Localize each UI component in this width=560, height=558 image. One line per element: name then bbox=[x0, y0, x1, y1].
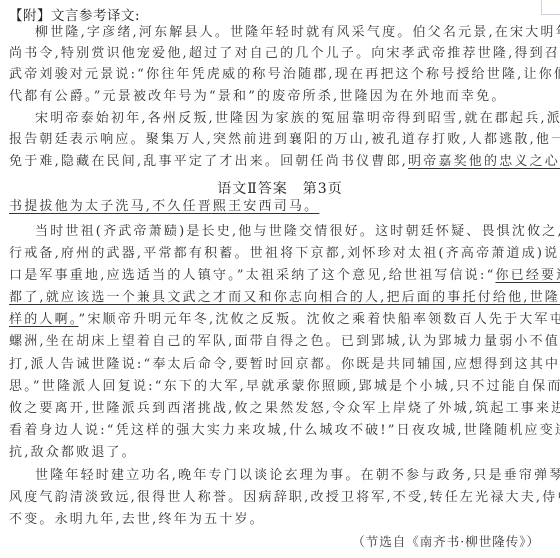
text-line: 打,派人告诫世隆说:“奉太后命令,要暂时回京都。你既是共同辅国,应想得到这其中的… bbox=[9, 356, 550, 374]
text-span: ”宋顺帝升明元年冬,沈攸之反叛。沈攸之乘着快船率领数百人先于大军屯驻在白 bbox=[79, 312, 560, 327]
text-line: 代都有公爵。”元景被改年号为“景和”的废帝所杀,世隆因为在外地而幸免。 bbox=[9, 88, 550, 106]
text-span: 口是军事重地,应选适当的人镇守。”太祖采纳了这个意见,给世祖写信说:“ bbox=[9, 268, 495, 283]
text-line: 报告朝廷表示响应。聚集万人,突然前进到襄阳的万山,被孔道存打败,人都逃散,他一人… bbox=[9, 131, 550, 149]
text-line: 尚书令,特别赏识他宠爱他,超过了对自己的几个儿子。向宋孝武帝推荐世隆,得到召见。… bbox=[9, 45, 550, 63]
document-page: 【附】文言参考译文: 柳世隆,字彦绪,河东解县人。世隆年轻时就有风采气度。伯父名… bbox=[0, 0, 560, 558]
text-line: 书提拔他为太子洗马,不久任晋熙王安西司马。 bbox=[9, 198, 550, 216]
text-line: 不变。永明九年,去世,终年为五十岁。 bbox=[9, 511, 550, 529]
text-line: 行戒备,府州的武器,平常都有积蓄。世祖将下京都,刘怀珍对太祖(齐高帝萧道成)说:… bbox=[9, 245, 550, 263]
text-line: 都了,就应该选一个兼具文武之才而又和你志向相合的人,把后面的事托付给他,世隆就是… bbox=[9, 289, 550, 307]
underlined-translation-answer: 明帝嘉奖他的忠义之心,下诏 bbox=[408, 154, 560, 169]
text-line: 风度气韵清淡致远,很得世人称誉。因病辞职,改授卫将军,不受,转任左光禄大夫,侍中… bbox=[9, 489, 550, 507]
text-line: 武帝刘骏对元景说:“你往年凭虎威的称号治随郡,现在再把这个称号授给世隆,让你们家… bbox=[9, 66, 550, 84]
text-line: 样的人啊。”宋顺帝升明元年冬,沈攸之反叛。沈攸之乘着快船率领数百人先于大军屯驻在… bbox=[9, 311, 550, 329]
text-line: 免于难,隐藏在民间,乱事平定了才出来。回朝任尚书仪曹郎,明帝嘉奖他的忠义之心,下… bbox=[9, 153, 550, 171]
text-line: 当时世祖(齐武帝萧赜)是长史,他与世隆交情很好。这时朝廷怀疑、畏惧沈攸之,秘密进 bbox=[9, 223, 560, 241]
underlined-translation-answer: 样的人啊。 bbox=[9, 312, 79, 327]
text-line: 口是军事重地,应选适当的人镇守。”太祖采纳了这个意见,给世祖写信说:“你已经要进… bbox=[9, 267, 550, 285]
underlined-translation-answer: 你已经要进入京 bbox=[495, 268, 560, 283]
source-citation: （节选自《南齐书·柳世隆传》） bbox=[352, 532, 540, 550]
text-line: 宋明帝泰始初年,各州反叛,世隆因为家族的冤屈靠明帝得到昭雪,就在郡起兵,派使者 bbox=[9, 110, 560, 128]
text-line: 攸之要离开,世隆派兵到西渚挑战,攸之果然发怒,令众军上岸烧了外城,筑起工事来进攻… bbox=[9, 400, 550, 418]
underlined-translation-answer: 都了,就应该选一个兼具文武之才而又和你志向相合的人,把后面的事托付给他,世隆就是… bbox=[9, 290, 560, 305]
page-footer: 语文Ⅱ答案 第3页 bbox=[0, 178, 560, 198]
text-span: 免于难,隐藏在民间,乱事平定了才出来。回朝任尚书仪曹郎, bbox=[9, 154, 408, 169]
text-line: 螺洲,坐在胡床上望着自己的军队,面带自得之色。已到郢城,认为郢城力量弱小不值得攻 bbox=[9, 333, 550, 351]
underlined-translation-answer: 书提拔他为太子洗马,不久任晋熙王安西司马。 bbox=[9, 199, 319, 214]
text-line: 思。”世隆派人回复说:“东下的大军,早就承蒙你照顾,郢城是个小城,只不过能自保而… bbox=[9, 378, 550, 396]
corner-mark bbox=[541, 0, 560, 15]
text-line: 世隆年轻时建立功名,晚年专门以谈论玄理为事。在朝不参与政务,只是垂帘弹琴而已, bbox=[9, 467, 560, 485]
text-line: 抗,敌众都败退了。 bbox=[9, 444, 550, 462]
text-line: 看着身边人说:“凭这样的强大实力来攻城,什么城攻不破!”日夜攻城,世隆随机应变进… bbox=[9, 422, 550, 440]
text-line: 柳世隆,字彦绪,河东解县人。世隆年轻时就有风采气度。伯父名元景,在宋大明年间任 bbox=[9, 24, 560, 42]
section-heading: 【附】文言参考译文: bbox=[9, 4, 140, 24]
